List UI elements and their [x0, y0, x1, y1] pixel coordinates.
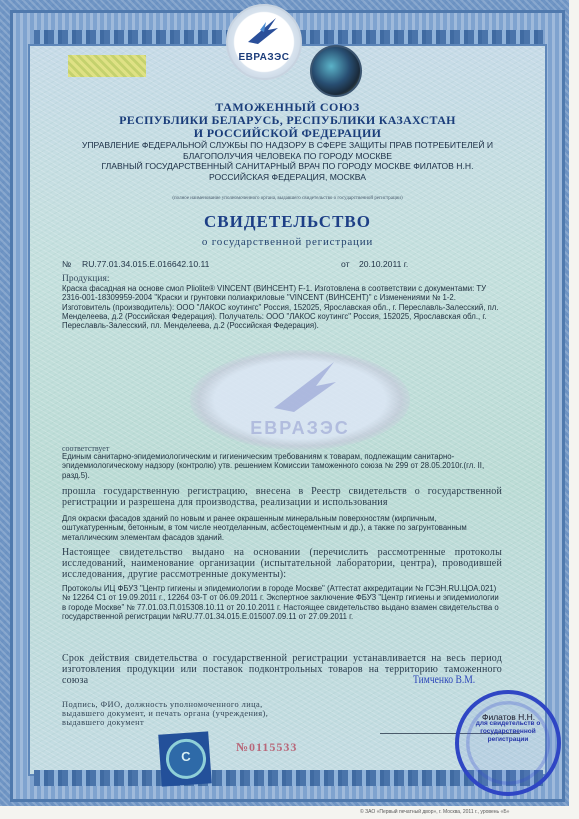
document-title: СВИДЕТЕЛЬСТВО — [40, 212, 535, 232]
basis-statement: Настоящее свидетельство выдано на основа… — [62, 548, 502, 580]
stamp-text: для свидетельств о государственной регис… — [469, 720, 547, 744]
number-label: № — [62, 259, 71, 269]
registration-number: RU.77.01.34.015.Е.016642.10.11 — [82, 259, 209, 269]
usage-scope: Для окраски фасадов зданий по новым и ра… — [62, 514, 502, 542]
eurasec-watermark: ЕВРАЗЭС — [190, 350, 410, 450]
organization-caption: (полное наименование уполномоченного орг… — [40, 196, 535, 201]
printer-footer: © ЗАО «Первый печатный двор», г. Москва,… — [360, 809, 509, 815]
watermark-bird-icon — [270, 358, 340, 414]
product-description: Краска фасадная на основе смол Pliolite®… — [62, 284, 502, 330]
org-line-1: УПРАВЛЕНИЕ ФЕДЕРАЛЬНОЙ СЛУЖБЫ ПО НАДЗОРУ… — [40, 140, 535, 151]
hologram-sticker-icon — [310, 45, 362, 97]
printed-signer-name: Филатов Н.Н. — [482, 712, 535, 722]
basis-details: Протоколы ИЦ ФБУЗ "Центр гигиены и эпиде… — [62, 584, 502, 621]
org-line-3: ГЛАВНЫЙ ГОСУДАРСТВЕННЫЙ САНИТАРНЫЙ ВРАЧ … — [40, 161, 535, 172]
product-label: Продукция: — [62, 274, 109, 284]
hologram-c-glyph: C — [168, 748, 203, 765]
registration-date: 20.10.2011 г. — [359, 259, 408, 269]
org-line-2: БЛАГОПОЛУЧИЯ ЧЕЛОВЕКА ПО ГОРОДУ МОСКВЕ — [40, 151, 535, 162]
header-republics-line2: И РОССИЙСКОЙ ФЕДЕРАЦИИ — [40, 126, 535, 141]
hologram-ring: C — [165, 738, 208, 781]
registration-statement: прошла государственную регистрацию, внес… — [62, 487, 502, 509]
eurasec-emblem: ЕВРАЗЭС — [226, 4, 302, 80]
signature-caption: Подпись, ФИО, должность уполномоченного … — [62, 700, 292, 727]
issuing-organization: УПРАВЛЕНИЕ ФЕДЕРАЛЬНОЙ СЛУЖБЫ ПО НАДЗОРУ… — [40, 140, 535, 182]
document-subtitle: о государственной регистрации — [40, 236, 535, 248]
emblem-label: ЕВРАЗЭС — [228, 52, 300, 63]
hologram-seal-icon: C — [158, 731, 212, 786]
watermark-label: ЕВРАЗЭС — [190, 418, 410, 439]
serial-number: №0115533 — [236, 740, 297, 755]
security-patch — [68, 55, 146, 77]
official-stamp: для свидетельств о государственной регис… — [455, 690, 561, 796]
bird-icon — [246, 16, 280, 46]
org-line-4: РОССИЙСКАЯ ФЕДЕРАЦИЯ, МОСКВА — [40, 172, 535, 183]
date-label: от — [341, 259, 350, 269]
compliance-text: Единым санитарно-эпидемиологическим и ги… — [62, 452, 502, 480]
handwritten-signer: Тимченко В.М. — [413, 672, 475, 687]
